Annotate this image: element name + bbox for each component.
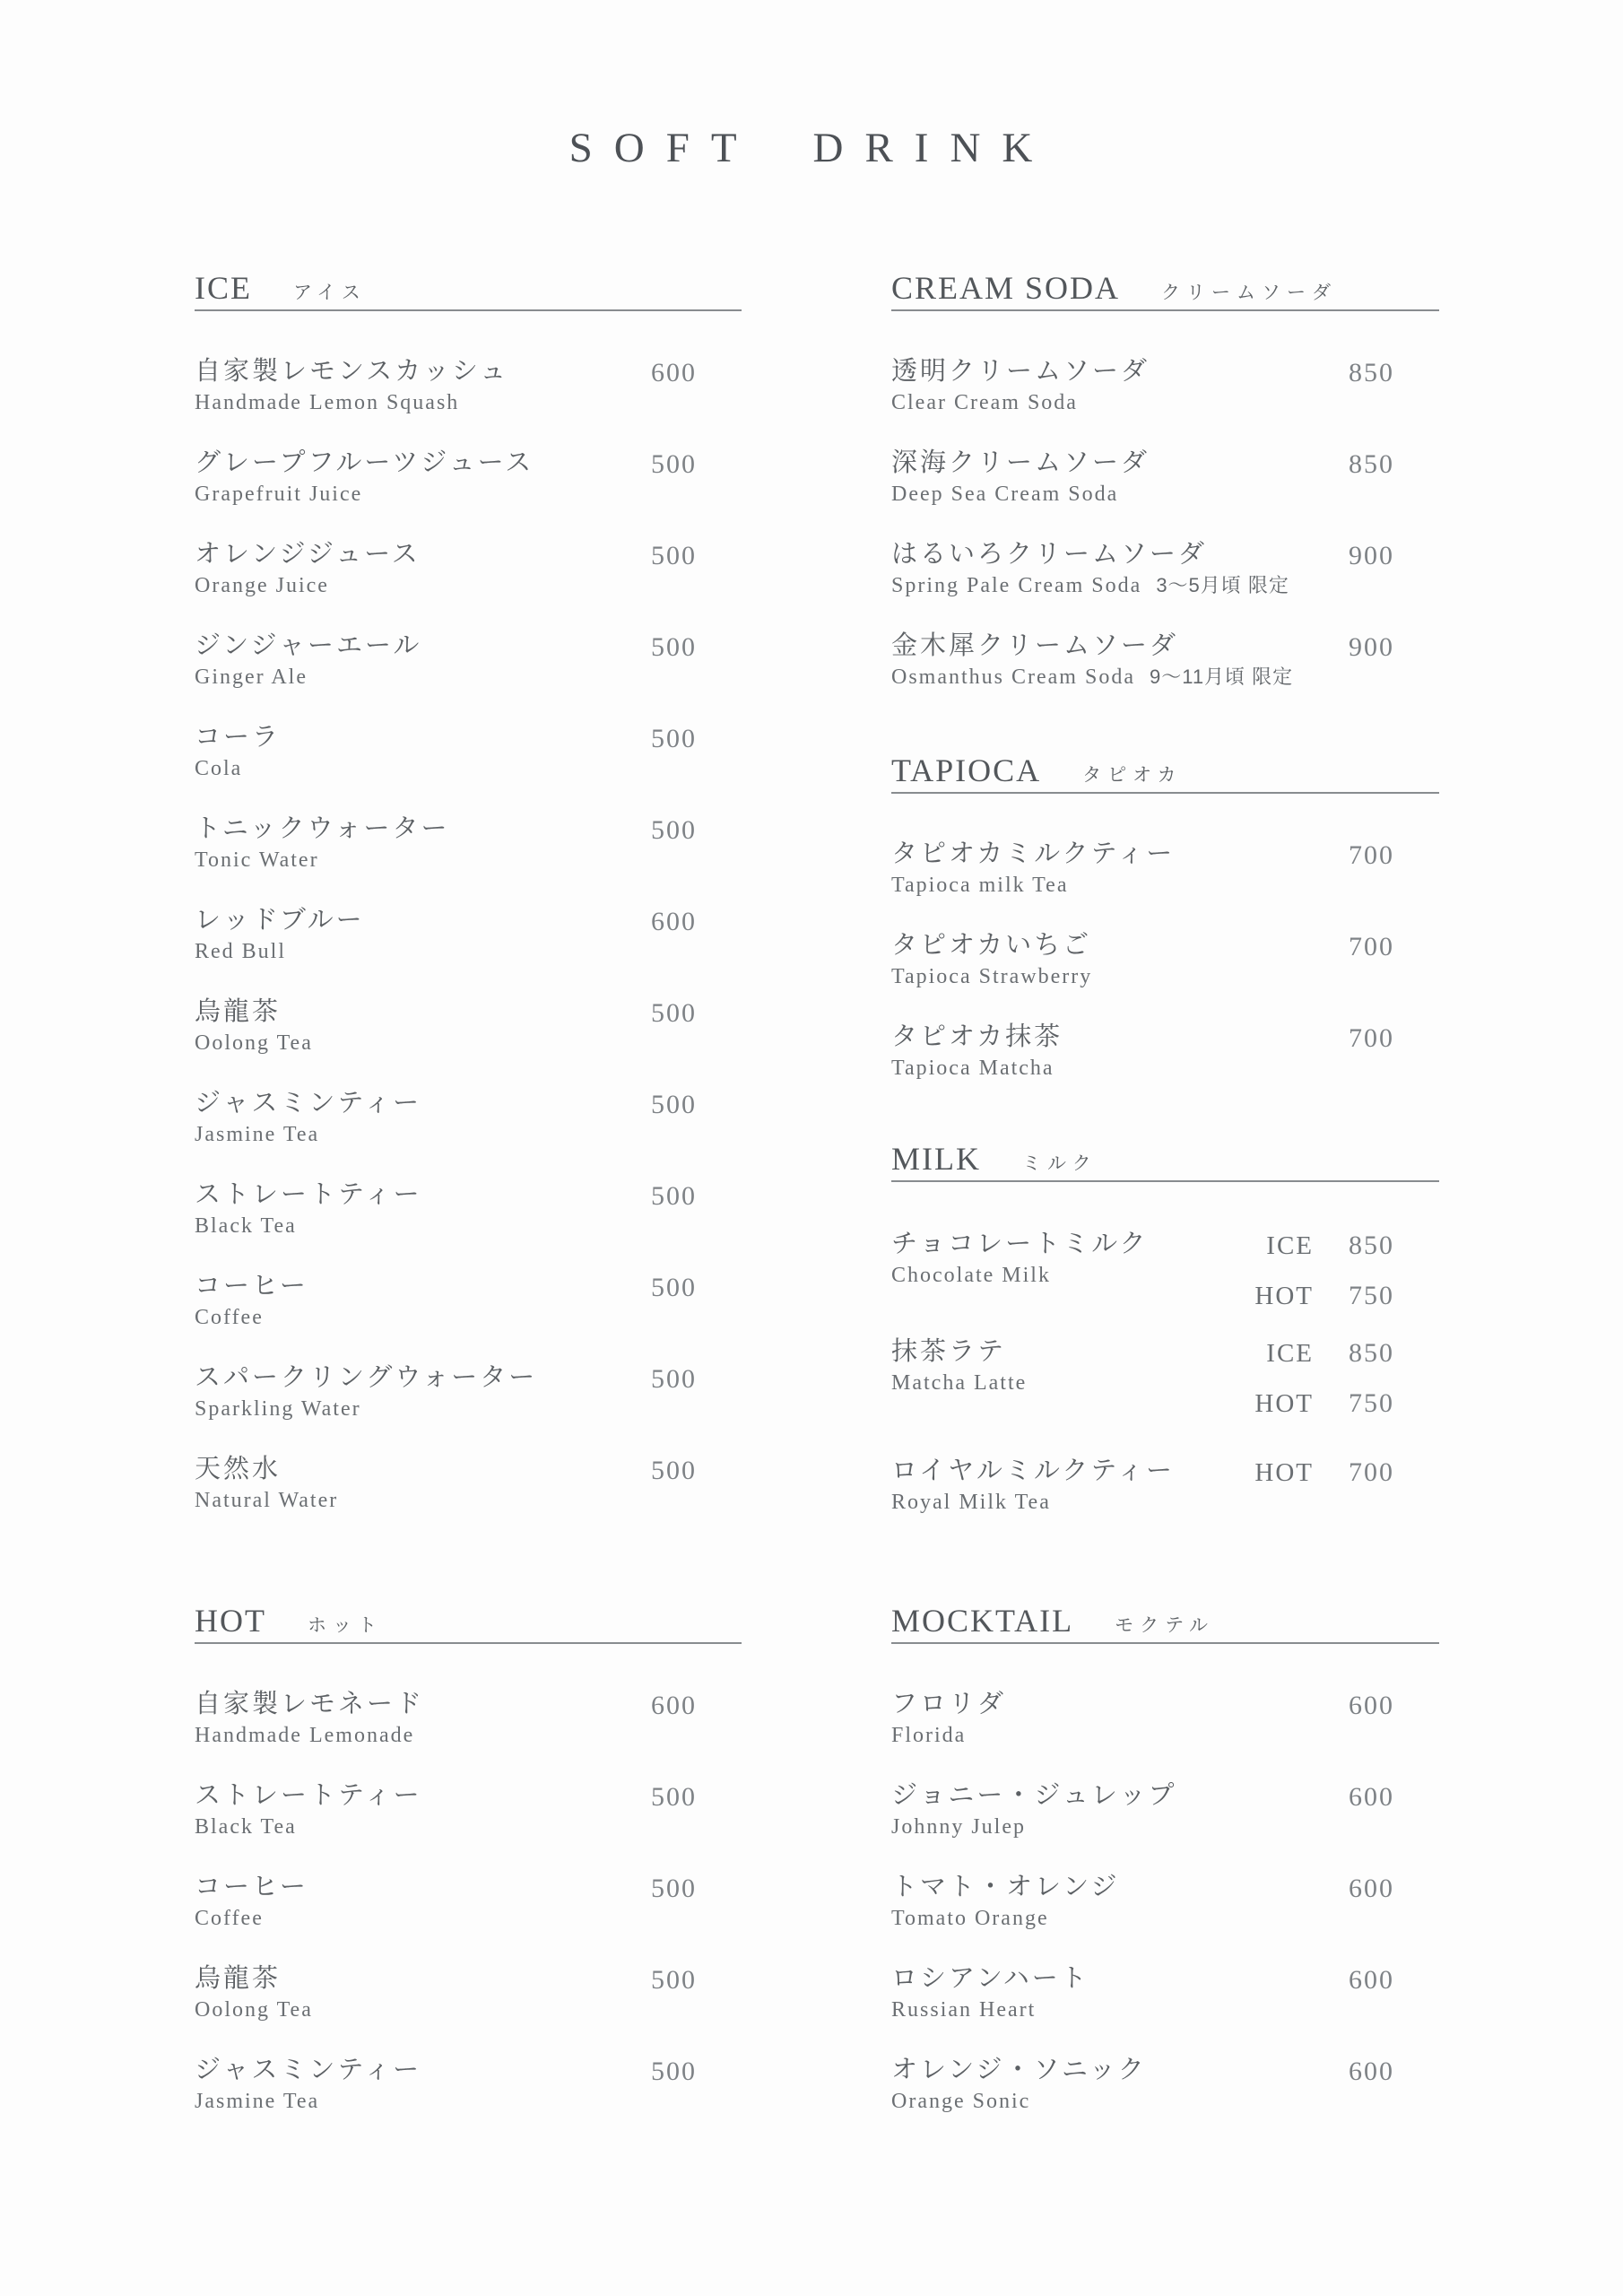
item-price: 600 [1349,1965,1394,1996]
item-name-en: Jasmine Tea [195,1122,742,1147]
price-variant-row: ICE 850 [1213,1231,1394,1281]
item-name-en: Spring Pale Cream Soda3〜5月頃 限定 [891,573,1439,598]
section-ice: ICE アイス 自家製レモンスカッシュ Handmade Lemon Squas… [195,266,742,1513]
item-name-en: Deep Sea Cream Soda [891,482,1439,507]
section-header: MILK ミルク [891,1137,1439,1182]
item-price: 600 [1349,1691,1394,1721]
menu-item: ストレートティー Black Tea 500 [195,1780,742,1839]
section-title: TAPIOCA [891,749,1041,792]
item-list: 自家製レモンスカッシュ Handmade Lemon Squash 600 グレ… [195,356,742,1513]
item-price: 700 [1349,1023,1394,1054]
section-title-ja: ミルク [1022,1149,1098,1176]
price-variant-row: HOT 750 [1213,1388,1394,1439]
item-name-en: Russian Heart [891,1997,1439,2022]
item-price: 500 [651,2057,697,2087]
item-name-en: Natural Water [195,1488,742,1513]
item-name-en: Coffee [195,1305,742,1330]
section-title: MOCKTAIL [891,1599,1073,1642]
variant-label: ICE [1213,1231,1314,1281]
price-variant-row: ICE 850 [1213,1338,1394,1388]
item-name-en: Coffee [195,1906,742,1931]
menu-item: チョコレートミルク Chocolate Milk ICE 850 HOT 750 [891,1229,1439,1329]
item-name-en: Tapioca milk Tea [891,873,1439,898]
price-variant-row: HOT 750 [1213,1281,1394,1331]
variant-price: 750 [1314,1281,1394,1331]
item-price: 600 [651,1691,697,1721]
item-price: 600 [651,907,697,937]
page-title: SOFT DRINK [0,124,1623,172]
menu-item: オレンジ・ソニック Orange Sonic 600 [891,2055,1439,2114]
item-price: 500 [651,1090,697,1120]
menu-item: タピオカいちご Tapioca Strawberry 700 [891,930,1439,989]
item-name-en: Oolong Tea [195,1997,742,2022]
item-name-en: Osmanthus Cream Soda9〜11月頃 限定 [891,665,1439,690]
price-variants: ICE 850 HOT 750 [1213,1338,1394,1439]
menu-item: 自家製レモンスカッシュ Handmade Lemon Squash 600 [195,356,742,415]
menu-item: ストレートティー Black Tea 500 [195,1179,742,1239]
section-title-ja: アイス [293,278,367,305]
section-title-ja: ホット [308,1611,383,1638]
variant-price: 850 [1314,1338,1394,1388]
item-price: 700 [1349,932,1394,962]
section-header: CREAM SODA クリームソーダ [891,266,1439,311]
variant-price: 850 [1314,1231,1394,1281]
item-price: 850 [1349,449,1394,480]
menu-item: 自家製レモネード Handmade Lemonade 600 [195,1689,742,1748]
menu-item: はるいろクリームソーダ Spring Pale Cream Soda3〜5月頃 … [891,539,1439,598]
item-name-en: Red Bull [195,939,742,964]
item-price: 700 [1349,840,1394,871]
menu-item: レッドブルー Red Bull 600 [195,905,742,964]
menu-item: フロリダ Florida 600 [891,1689,1439,1748]
item-name-en: Tapioca Matcha [891,1056,1439,1081]
item-name-en: Sparkling Water [195,1396,742,1422]
item-price: 600 [651,358,697,388]
item-price: 500 [651,449,697,480]
item-price: 500 [651,724,697,754]
item-list: 透明クリームソーダ Clear Cream Soda 850 深海クリームソーダ… [891,356,1439,690]
section-title: MILK [891,1137,981,1180]
item-price: 600 [1349,1874,1394,1904]
item-price: 500 [651,632,697,663]
section-milk: MILK ミルク チョコレートミルク Chocolate Milk ICE 85… [891,1137,1439,1515]
item-price: 500 [651,998,697,1029]
section-header: TAPIOCA タピオカ [891,749,1439,794]
item-name-en: Black Tea [195,1213,742,1239]
item-name-en: Jasmine Tea [195,2089,742,2114]
variant-price: 700 [1314,1457,1394,1508]
menu-item: オレンジジュース Orange Juice 500 [195,539,742,598]
item-name-en: Handmade Lemonade [195,1723,742,1748]
menu-item: 深海クリームソーダ Deep Sea Cream Soda 850 [891,448,1439,507]
item-price: 850 [1349,358,1394,388]
item-name-en: Johnny Julep [891,1814,1439,1839]
variant-price: 750 [1314,1388,1394,1439]
item-price: 500 [651,815,697,846]
item-list: フロリダ Florida 600 ジョニー・ジュレップ Johnny Julep… [891,1689,1439,2114]
item-price: 500 [651,541,697,571]
menu-item: コーヒー Coffee 500 [195,1872,742,1931]
menu-item: ロイヤルミルクティー Royal Milk Tea HOT 700 [891,1456,1439,1515]
price-variant-row: HOT 700 [1213,1457,1394,1508]
price-variants: HOT 700 [1213,1457,1394,1508]
variant-label: HOT [1213,1457,1314,1508]
item-name-en: Tonic Water [195,848,742,873]
section-hot: HOT ホット 自家製レモネード Handmade Lemonade 600 ス… [195,1599,742,2114]
item-name-en: Oolong Tea [195,1031,742,1056]
item-name-en-text: Spring Pale Cream Soda [891,574,1141,597]
menu-item: トニックウォーター Tonic Water 500 [195,813,742,873]
item-name-en: Clear Cream Soda [891,390,1439,415]
menu-item: ジャスミンティー Jasmine Tea 500 [195,1088,742,1147]
menu-item: 烏龍茶 Oolong Tea 500 [195,996,742,1056]
section-cream-soda: CREAM SODA クリームソーダ 透明クリームソーダ Clear Cream… [891,266,1439,690]
item-name-en: Tapioca Strawberry [891,964,1439,989]
item-price: 500 [651,1181,697,1212]
item-name-en: Ginger Ale [195,665,742,690]
item-price: 500 [651,1273,697,1303]
menu-item: ロシアンハート Russian Heart 600 [891,1963,1439,2022]
item-name-en-text: Osmanthus Cream Soda [891,665,1135,689]
variant-label: ICE [1213,1338,1314,1388]
menu-page: SOFT DRINK ICE アイス 自家製レモンスカッシュ Handmade … [0,0,1623,2296]
menu-item: 金木犀クリームソーダ Osmanthus Cream Soda9〜11月頃 限定… [891,631,1439,690]
item-name-en: Tomato Orange [891,1906,1439,1931]
menu-item: トマト・オレンジ Tomato Orange 600 [891,1872,1439,1931]
section-title: ICE [195,266,252,309]
item-list: チョコレートミルク Chocolate Milk ICE 850 HOT 750… [891,1229,1439,1515]
menu-item: グレープフルーツジュース Grapefruit Juice 500 [195,448,742,507]
menu-item: ジャスミンティー Jasmine Tea 500 [195,2055,742,2114]
item-name-en: Orange Juice [195,573,742,598]
section-header: HOT ホット [195,1599,742,1644]
section-title-ja: クリームソーダ [1161,278,1337,305]
menu-item: 抹茶ラテ Matcha Latte ICE 850 HOT 750 [891,1336,1439,1437]
section-header: MOCKTAIL モクテル [891,1599,1439,1644]
item-price: 600 [1349,2057,1394,2087]
section-tapioca: TAPIOCA タピオカ タピオカミルクティー Tapioca milk Tea… [891,749,1439,1081]
section-title: CREAM SODA [891,266,1120,309]
menu-item: スパークリングウォーター Sparkling Water 500 [195,1362,742,1422]
item-price: 600 [1349,1782,1394,1813]
section-title-ja: モクテル [1115,1611,1214,1638]
item-seasonal-note: 9〜11月頃 限定 [1150,665,1293,688]
menu-item: ジョニー・ジュレップ Johnny Julep 600 [891,1780,1439,1839]
price-variants: ICE 850 HOT 750 [1213,1231,1394,1331]
item-name-en: Black Tea [195,1814,742,1839]
variant-label: HOT [1213,1281,1314,1331]
item-name-en: Florida [891,1723,1439,1748]
section-mocktail: MOCKTAIL モクテル フロリダ Florida 600 ジョニー・ジュレッ… [891,1599,1439,2114]
item-price: 500 [651,1874,697,1904]
item-price: 500 [651,1782,697,1813]
item-price: 500 [651,1965,697,1996]
menu-item: コーラ Cola 500 [195,722,742,781]
item-price: 500 [651,1364,697,1395]
item-seasonal-note: 3〜5月頃 限定 [1156,574,1289,596]
menu-item: タピオカミルクティー Tapioca milk Tea 700 [891,839,1439,898]
item-name-en: Handmade Lemon Squash [195,390,742,415]
item-name-en: Grapefruit Juice [195,482,742,507]
item-list: 自家製レモネード Handmade Lemonade 600 ストレートティー … [195,1689,742,2114]
menu-item: ジンジャーエール Ginger Ale 500 [195,631,742,690]
section-title-ja: タピオカ [1082,761,1182,787]
menu-item: 天然水 Natural Water 500 [195,1454,742,1513]
item-price: 900 [1349,541,1394,571]
menu-item: 烏龍茶 Oolong Tea 500 [195,1963,742,2022]
section-title: HOT [195,1599,266,1642]
section-header: ICE アイス [195,266,742,311]
variant-label: HOT [1213,1388,1314,1439]
item-name-en: Orange Sonic [891,2089,1439,2114]
menu-item: タピオカ抹茶 Tapioca Matcha 700 [891,1022,1439,1081]
item-list: タピオカミルクティー Tapioca milk Tea 700 タピオカいちご … [891,839,1439,1081]
menu-item: 透明クリームソーダ Clear Cream Soda 850 [891,356,1439,415]
menu-item: コーヒー Coffee 500 [195,1271,742,1330]
item-price: 900 [1349,632,1394,663]
item-name-en: Cola [195,756,742,781]
item-price: 500 [651,1456,697,1486]
